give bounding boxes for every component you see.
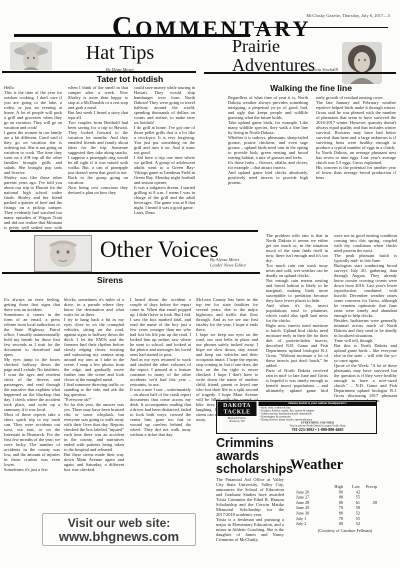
prairie-headline: Walking the fine line <box>226 83 396 93</box>
ad-address-line2: Bismarck, ND <box>218 420 257 423</box>
banner-line2: www.bhgnews.com <box>43 530 195 544</box>
other-voices-bottom-rule <box>2 272 260 274</box>
prairie-col-lower-1: The problem with rain is that in North D… <box>266 233 328 393</box>
prairie-photo <box>342 42 382 84</box>
ad-content-wrap: DAKOTA TACKLE Bismarck Expwy. Bismarck, … <box>217 401 377 434</box>
website-banner: Visit our web site: www.bhgnews.com <box>42 513 196 546</box>
ad-phone: 701-223-3092 • 1-800-880-4665 <box>259 428 377 433</box>
sirens-headline: Sirens <box>68 275 152 285</box>
ad-logo: DAKOTA TACKLE <box>218 402 257 417</box>
prairie-col-upper-1: Regardless of what time of year it is, N… <box>228 95 308 229</box>
ad-address: Bismarck Expwy. Bismarck, ND <box>218 417 257 423</box>
prairie-col-lower-2: were not in good nesting condition comin… <box>334 233 397 420</box>
hat-tips-photo <box>10 42 52 70</box>
hat-tips-title: Hat Tips <box>60 42 180 65</box>
sirens-col-3: I heard about the accident a couple of d… <box>130 297 191 511</box>
weather-low: 52 <box>343 521 360 526</box>
weather-table: High Low Precip June 26 80 42 June 27 88… <box>296 484 394 533</box>
section-rule-thin <box>254 27 388 28</box>
ad-body: Dakota Tackle is your salmon headquarter… <box>259 402 377 434</box>
ad-logo-block: DAKOTA TACKLE Bismarck Expwy. Bismarck, … <box>218 402 257 434</box>
dakota-tackle-ad: DAKOTA TACKLE Bismarck Expwy. Bismarck, … <box>216 400 377 434</box>
sirens-col-1: It's always an eerie feeling, getting th… <box>4 297 60 511</box>
sirens-col-2: blocks, sometimes it's miles of a drive,… <box>64 297 124 511</box>
ad-logo-line1: DAKOTA <box>218 403 257 409</box>
weather-precip <box>360 521 377 526</box>
left-header-rule <box>2 71 196 73</box>
prairie-col-upper-2: early growth of residual nesting cover. … <box>316 95 396 229</box>
hat-tips-headline: Tater tot hotdish <box>64 74 196 84</box>
hat-tips-col-3: could save money while touring in Hawaii… <box>134 85 195 216</box>
hat-tips-col-2: when I think of the smell in that camper… <box>68 85 128 231</box>
other-voices-top-rule <box>10 230 258 232</box>
ad-tagline: Dakota Tackle is your salmon headquarter… <box>259 402 377 406</box>
ad-bullet-list: Rods, reels, combos & line Dodgers, flas… <box>259 406 377 421</box>
weather-date: July 2 <box>296 521 326 526</box>
other-voices-photo <box>34 235 92 272</box>
prairie-title-line1: Prairie <box>232 37 315 56</box>
newspaper-page: McClusky Gazette, Thursday, July 6, 2017… <box>0 0 400 567</box>
hat-tips-col-1: Hello. This is the time of the year for … <box>4 85 62 231</box>
weather-title: Weather <box>290 457 343 474</box>
weather-high: 80 <box>326 521 343 526</box>
weather-courtesy: (Courtesy of Candace Fellman) <box>296 528 394 533</box>
crimmins-body: The Financial Aid Office at Valley City … <box>216 477 284 563</box>
section-rule-thick <box>14 34 250 37</box>
ad-logo-line2: TACKLE <box>218 409 257 415</box>
other-voices-title: Other Voices <box>100 237 219 263</box>
weather-table-wrap: High Low Precip June 26 80 42 June 27 88… <box>296 484 394 533</box>
right-header-rule <box>204 72 396 74</box>
weather-row: July 2 80 52 <box>296 521 394 526</box>
